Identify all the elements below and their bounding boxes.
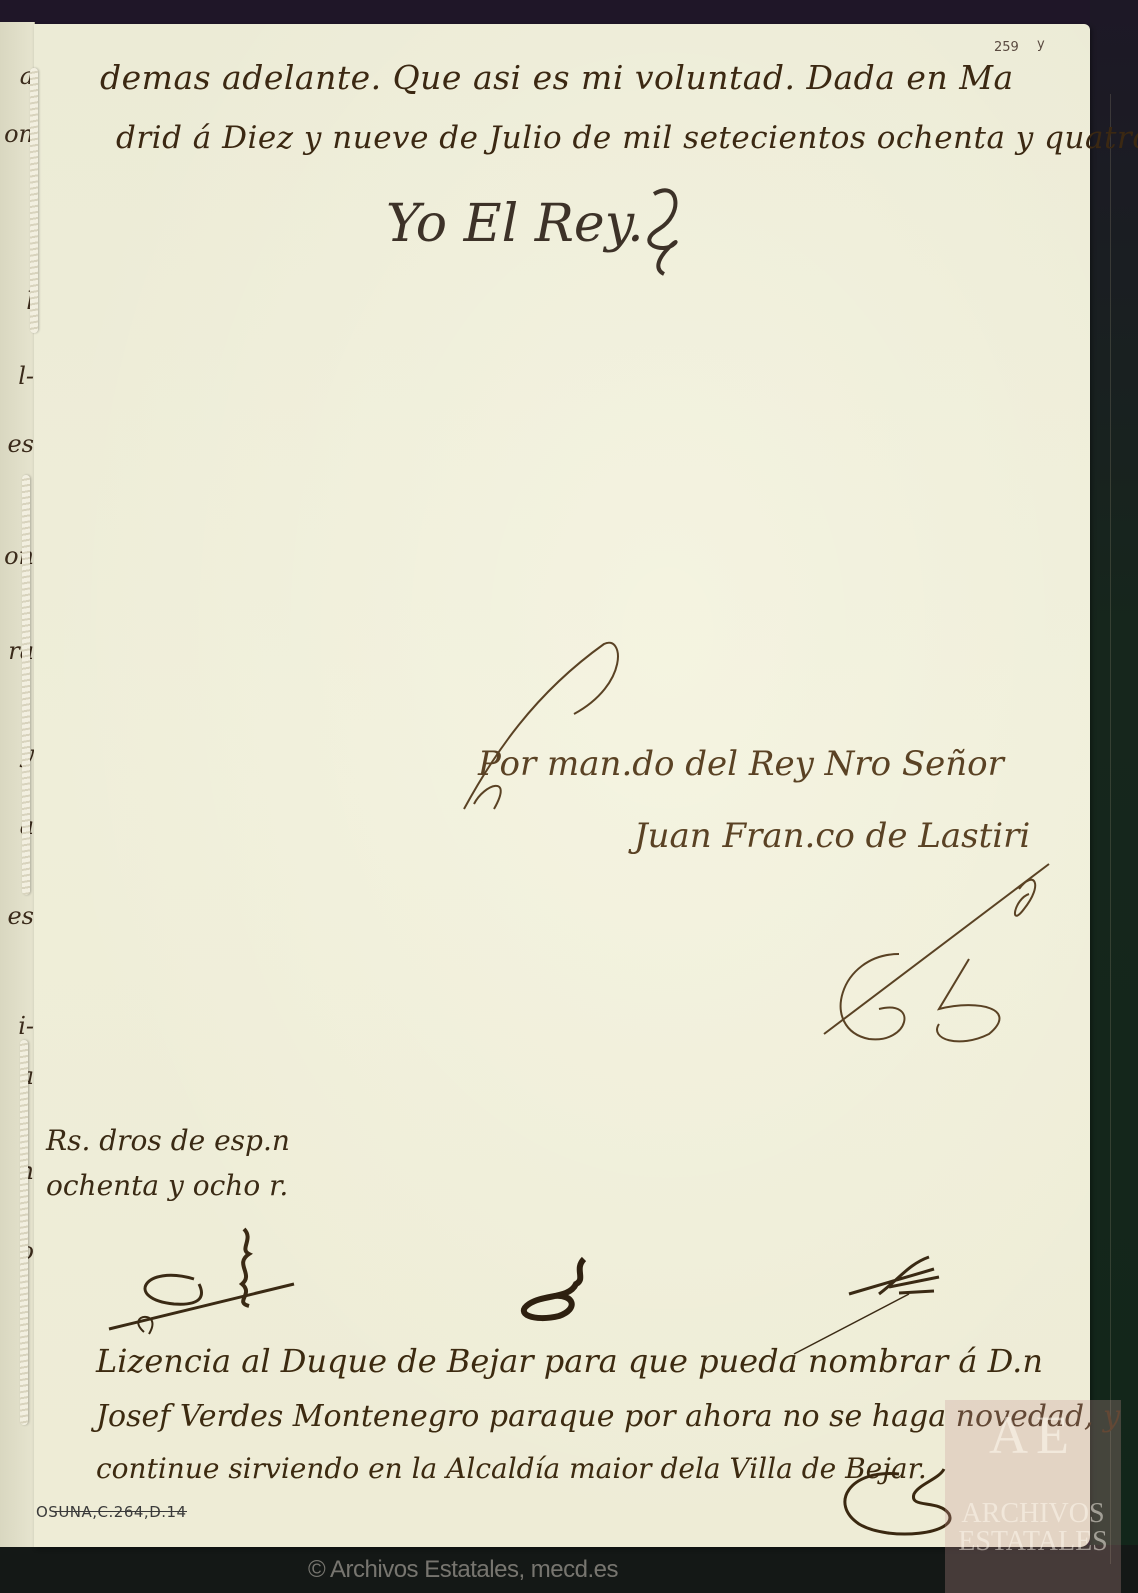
body-text-line-2: drid á Diez y nueve de Julio de mil sete…: [116, 120, 1138, 156]
prev-page-fragment: l: [0, 287, 34, 315]
prev-page-fragment: a: [0, 1062, 34, 1090]
watermark-logo: AE: [945, 1404, 1121, 1466]
binding-thread-middle: [22, 475, 30, 895]
prev-page-fragment: on: [0, 120, 34, 148]
secretary-line-1: Por man.do del Rey Nro Señor: [478, 744, 1004, 784]
prev-page-fragment: l-: [0, 362, 34, 390]
watermark-line-2: ESTATALES: [945, 1528, 1121, 1556]
rubric-center: [514, 1254, 594, 1324]
king-signature: Yo El Rey.: [386, 194, 644, 254]
secretary-rubric: [819, 859, 1059, 1049]
paper-fold-line: [1110, 94, 1111, 1564]
summary-line-1: Lizencia al Duque de Bejar para que pued…: [96, 1342, 1043, 1380]
folio-number: 259: [994, 40, 1019, 55]
prev-page-fragment: es: [0, 430, 34, 458]
prev-page-fragment: a: [0, 62, 34, 90]
prev-page-fragment: i-: [0, 1012, 34, 1040]
capital-p-flourish: [454, 634, 634, 824]
binding-thread-top: [30, 68, 38, 333]
margin-note-line-2: ochenta y ocho r.: [46, 1169, 288, 1202]
archive-reference-code: OSUNA,C.264,D.14: [36, 1503, 187, 1521]
body-text-line-1: demas adelante. Que asi es mi voluntad. …: [100, 58, 1014, 97]
scanner-background-right: [1090, 0, 1138, 1593]
summary-line-3: continue sirviendo en la Alcaldía maior …: [96, 1452, 927, 1485]
binding-thread-bottom: [20, 1040, 28, 1425]
secretary-signature: Juan Fran.co de Lastiri: [634, 816, 1030, 856]
archivos-estatales-watermark: AE ARCHIVOS ESTATALES: [945, 1400, 1121, 1593]
copyright-notice: © Archivos Estatales, mecd.es: [308, 1556, 618, 1584]
registered-rubric-left: [104, 1224, 304, 1334]
manuscript-folio: 259 y demas adelante. Que asi es mi volu…: [34, 24, 1090, 1547]
watermark-line-1: ARCHIVOS: [945, 1500, 1121, 1528]
margin-note-line-1: Rs. dros de esp.n: [46, 1124, 290, 1157]
prev-page-fragment: o: [0, 1237, 34, 1265]
prev-page-fragment: es: [0, 902, 34, 930]
prev-page-fragment: n: [0, 1157, 34, 1185]
rubric-flourish-king: [624, 174, 694, 284]
folio-side: y: [1037, 37, 1045, 52]
